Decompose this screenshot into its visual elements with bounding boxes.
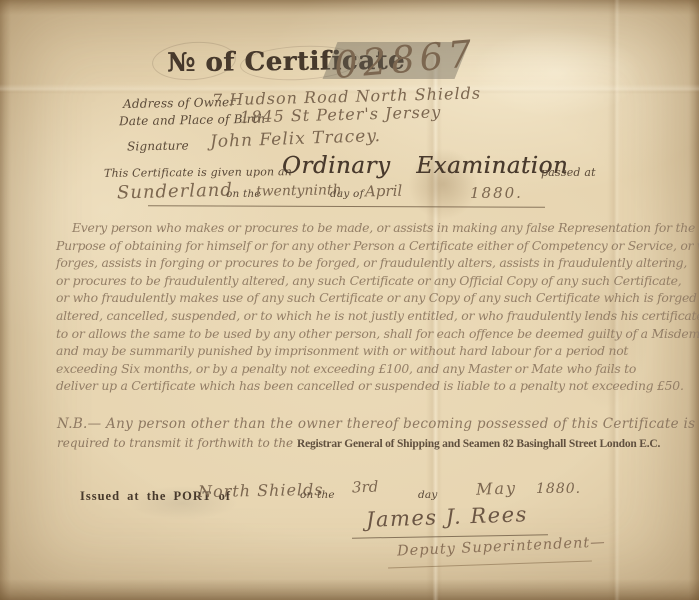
title-underline: [388, 560, 592, 568]
examination-type: Ordinary Examination: [282, 153, 568, 179]
legal-line: and may be summarily punished by impriso…: [56, 342, 656, 360]
issue-month-value: May: [476, 478, 518, 498]
issue-year-value: 1880.: [536, 481, 581, 497]
ruled-line: [148, 205, 545, 207]
legal-line: Purpose of obtaining for himself or for …: [56, 237, 656, 255]
nb-note-line2: required to transmit it forthwith to the…: [57, 436, 660, 450]
legal-line: exceeding Six months, or by a penalty no…: [56, 360, 656, 378]
legal-line: or procures to be fraudulently altered, …: [56, 272, 656, 290]
registrar-address: Registrar General of Shipping and Seamen…: [297, 438, 660, 450]
examination-year: 1880.: [470, 184, 523, 202]
signature-label: Signature: [127, 138, 189, 153]
legal-notice-paragraph: Every person who makes or procures to be…: [56, 219, 656, 395]
date-place-of-birth-value: 1845 St Peter's Jersey: [240, 102, 442, 126]
legal-line: to or allows the same to be used by any …: [56, 325, 656, 343]
examination-day: twentyninth: [256, 182, 342, 199]
certificate-document: № of Certificate 02867 Address of Owner …: [0, 0, 699, 600]
examination-place: Sunderland: [117, 179, 233, 203]
issue-day-value: 3rd: [352, 478, 379, 497]
day-of-text: day of: [330, 188, 364, 200]
official-signature: James J. Rees: [366, 502, 529, 532]
legal-line: Every person who makes or procures to be…: [56, 219, 656, 237]
nb-note-line1: N.B.— Any person other than the owner th…: [57, 416, 695, 432]
legal-line: deliver up a Certificate which has been …: [56, 377, 656, 395]
examination-month: April: [365, 182, 403, 201]
examination-prefix-text: This Certificate is given upon an: [104, 165, 292, 180]
nb-note-line2-prefix: required to transmit it forthwith to the: [57, 436, 297, 450]
certificate-number: 02867: [332, 32, 478, 87]
passed-at-text: passed at: [541, 166, 596, 179]
on-the-text: on the: [300, 489, 335, 501]
legal-line: forges, assists in forging or procures t…: [56, 254, 656, 272]
legal-line: altered, cancelled, suspended, or to whi…: [56, 307, 656, 325]
day-text: day: [418, 489, 438, 501]
light-patch: [472, 28, 642, 118]
owner-signature-value: John Felix Tracey.: [210, 126, 382, 152]
legal-line: or who fraudulently makes use of any suc…: [56, 289, 656, 307]
